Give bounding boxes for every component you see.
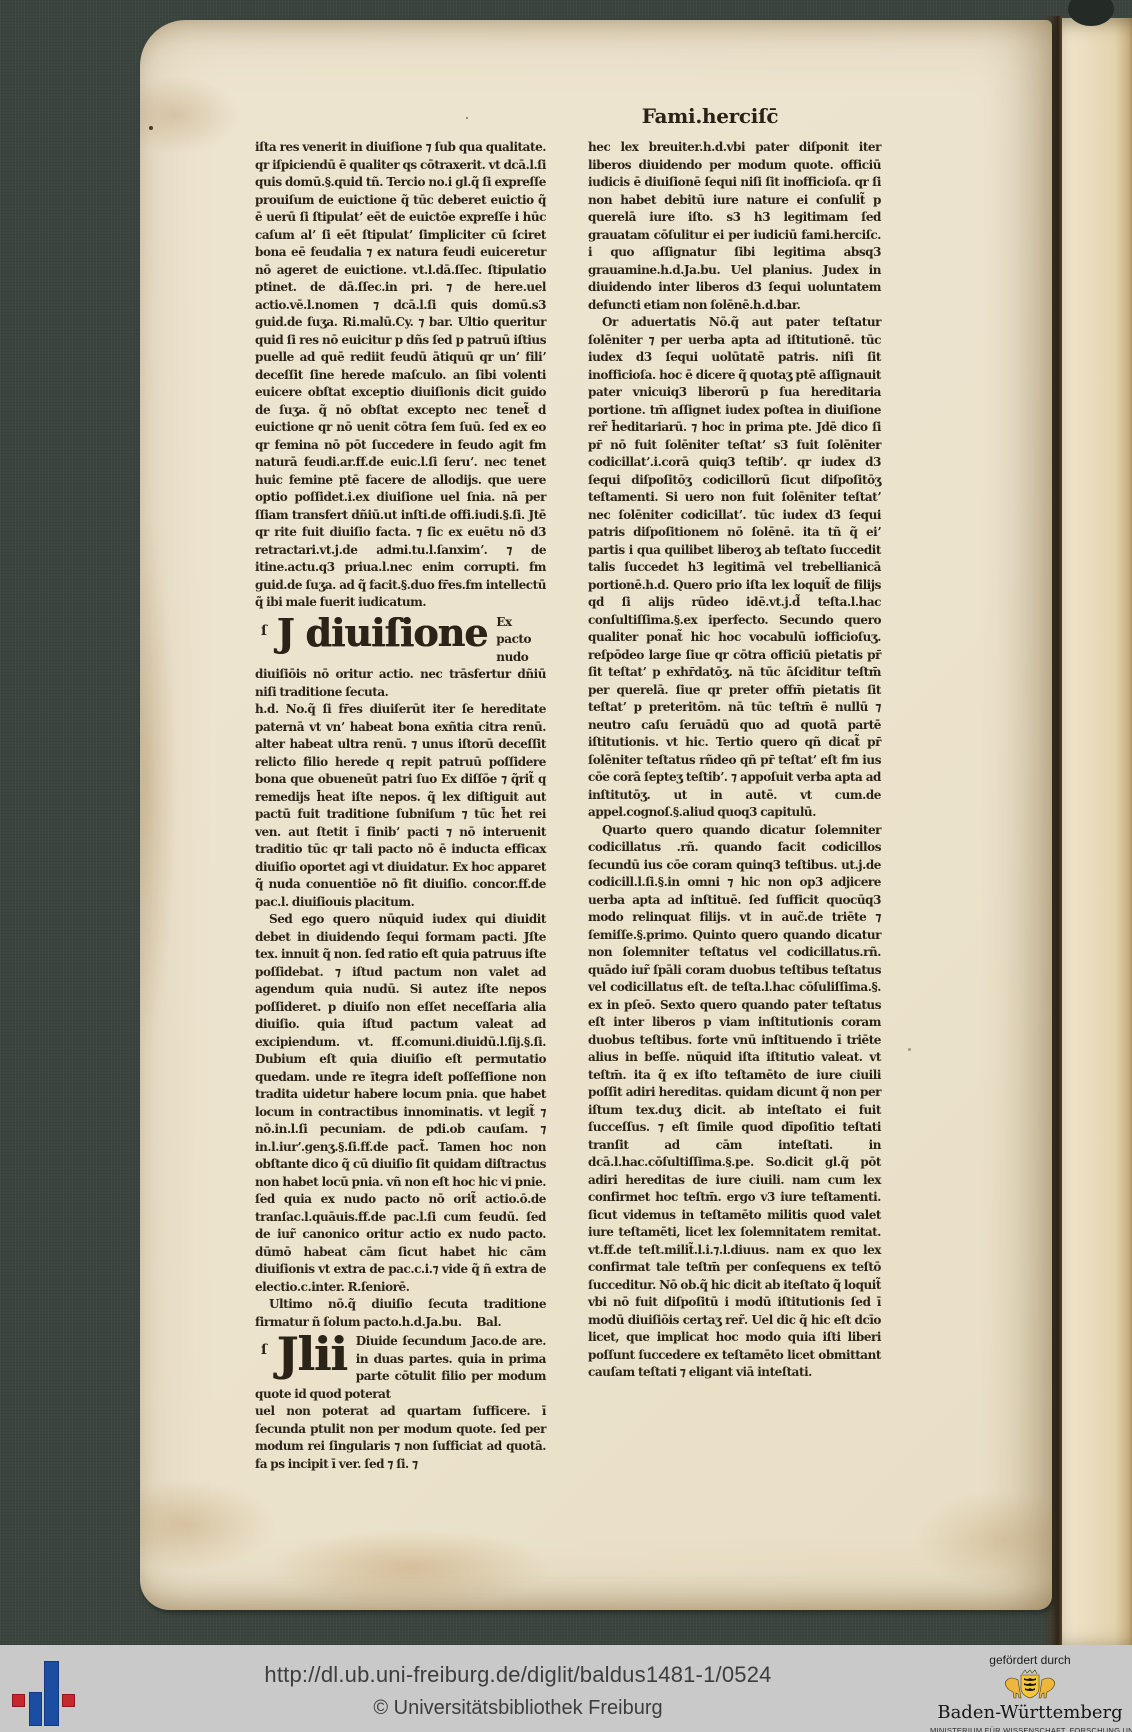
funder-ministry-line: MINISTERIUM FÜR WISSENSCHAFT, FORSCHUNG …	[930, 1726, 1130, 1732]
coat-of-arms-icon	[998, 1668, 1062, 1702]
adjacent-page-edge	[1062, 18, 1132, 1652]
scanned-page-view: Fami.herciſc̄ iſta res venerit in diuiſi…	[0, 0, 1132, 1732]
section-heading: ſJ diuiſioneEx pacto nudo diuiſiōis nō o…	[255, 614, 546, 702]
text-paragraph: h.d. No.q̃ ſi fr̄es diuiſerūt iter ſe he…	[255, 701, 546, 911]
funder-block: gefördert durch Baden-Württemberg MINIST…	[930, 1645, 1130, 1732]
document-url: http://dl.ub.uni-freiburg.de/diglit/bald…	[160, 1662, 876, 1688]
logo-red-square-right	[62, 1694, 75, 1707]
paragraph-mark: ſ	[261, 623, 267, 641]
text-paragraph: uel non poterat ad quartam ſufficere. ī …	[255, 1403, 546, 1473]
logo-red-square-left	[12, 1694, 25, 1707]
paper-speck	[149, 126, 153, 130]
paragraph-mark: ſ	[261, 1342, 267, 1360]
text-paragraph: Ultimo nō.q̃ diuiſio ſecuta traditione f…	[255, 1296, 546, 1331]
text-paragraph: Quarto quero quando dicatur ſolemniter c…	[588, 822, 881, 1382]
logo-blue-bar-tall	[44, 1661, 59, 1726]
text-paragraph: hec lex breuiter.h.d.vbi pater diſponit …	[588, 139, 881, 314]
section-heading: ſJliiDiuide ſecundum Jaco.de are. in dua…	[255, 1333, 546, 1403]
footer-center-text: http://dl.ub.uni-freiburg.de/diglit/bald…	[160, 1645, 876, 1720]
text-column-right: hec lex breuiter.h.d.vbi pater diſponit …	[588, 139, 881, 1382]
manuscript-page: Fami.herciſc̄ iſta res venerit in diuiſi…	[140, 20, 1052, 1610]
text-paragraph: Sed ego quero nūquid iudex qui diuidit d…	[255, 911, 546, 1296]
digital-library-logo-icon	[12, 1661, 74, 1727]
copyright-notice: © Universitätsbibliothek Freiburg	[160, 1697, 876, 1720]
paper-speck	[466, 117, 468, 119]
text-column-left: iſta res venerit in diuiſione ⁊ ſub qua …	[255, 139, 546, 1473]
funder-name: Baden-Württemberg	[930, 1702, 1130, 1723]
logo-blue-bar-short	[29, 1692, 42, 1726]
heading-word: J diuiſione	[277, 617, 488, 648]
funding-label: gefördert durch	[930, 1653, 1130, 1667]
text-paragraph: Or aduertatis Nō.q̃ aut pater teſtatur ſ…	[588, 314, 881, 822]
heading-word: Jlii	[277, 1336, 347, 1374]
text-paragraph: iſta res venerit in diuiſione ⁊ ſub qua …	[255, 139, 546, 612]
footer-bar: http://dl.ub.uni-freiburg.de/diglit/bald…	[0, 1645, 1132, 1732]
paper-speck	[908, 1048, 911, 1051]
running-header: Fami.herciſc̄	[540, 104, 880, 128]
